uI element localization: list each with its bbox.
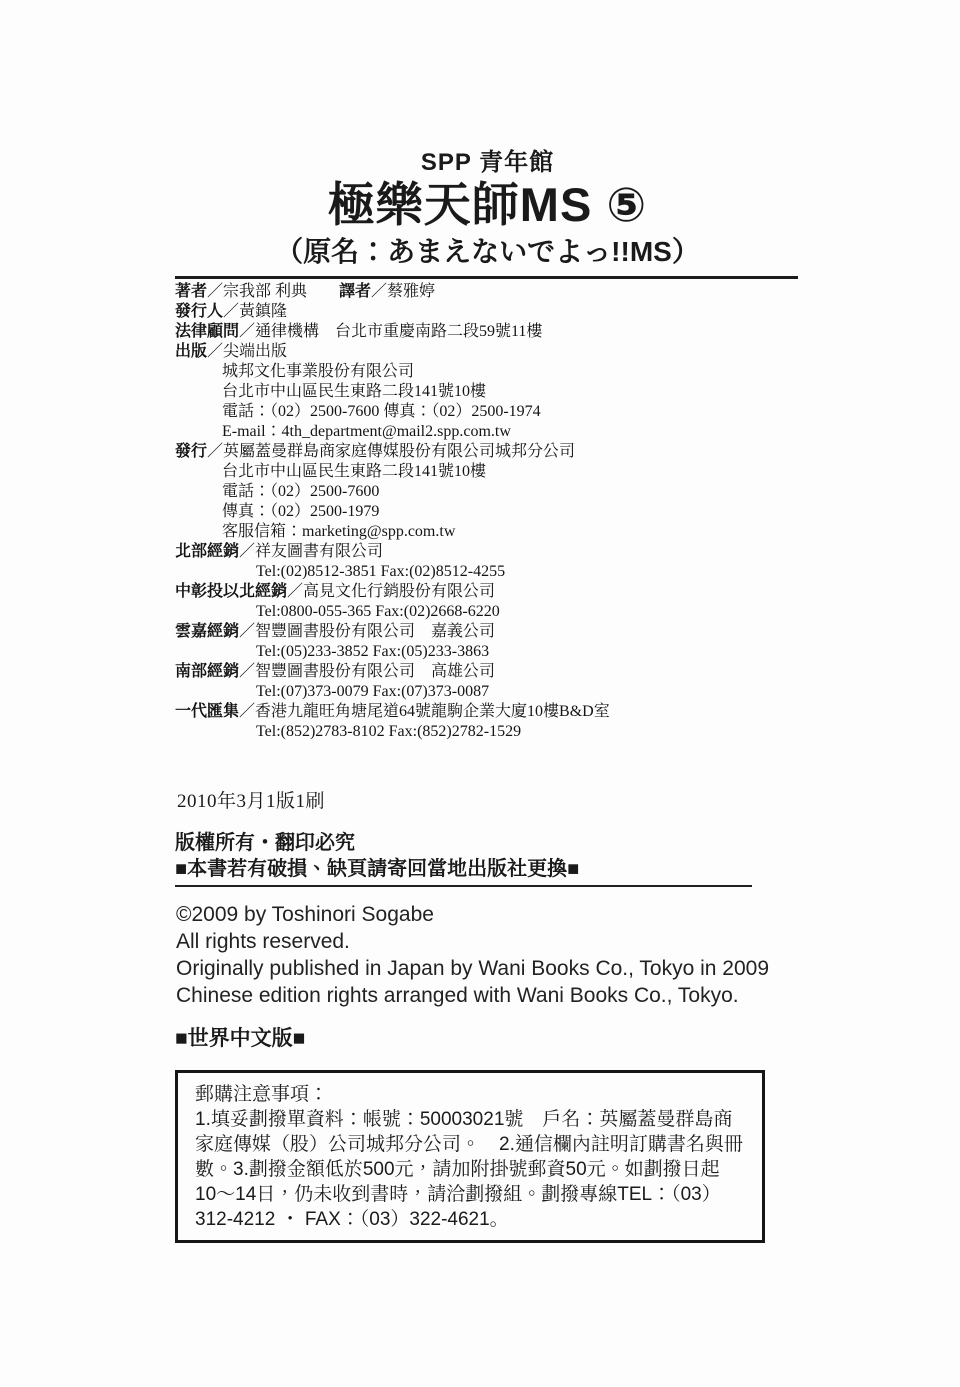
series-label: SPP 青年館 bbox=[175, 149, 800, 177]
colophon-label: 南部經銷 bbox=[175, 663, 239, 680]
english-copyright-line: All rights reserved. bbox=[176, 928, 769, 955]
colophon-value: Tel:0800-055-365 Fax:(02)2668-6220 bbox=[256, 603, 500, 620]
colophon-value: Tel:(05)233-3852 Fax:(05)233-3863 bbox=[256, 643, 489, 660]
rights-notice: 版權所有・翻印必究■本書若有破損、缺頁請寄回當地出版社更換■ bbox=[175, 830, 579, 882]
colophon-value: 電話：（02）2500-7600 bbox=[222, 483, 379, 500]
colophon-value: ／英屬蓋曼群島商家庭傳媒股份有限公司城邦分公司 bbox=[207, 443, 575, 460]
colophon-label: 發行 bbox=[175, 443, 207, 460]
colophon-value: 台北市中山區民生東路二段141號10樓 bbox=[222, 463, 486, 480]
publication-credits: 著者／宗我部 利典 譯者／蔡雅婷發行人／黃鎮隆法律顧問／通律機構 台北市重慶南路… bbox=[175, 282, 825, 742]
colophon-line: Tel:(852)2783-8102 Fax:(852)2782-1529 bbox=[175, 722, 825, 742]
colophon-value: Tel:(07)373-0079 Fax:(07)373-0087 bbox=[256, 683, 489, 700]
colophon-value: 城邦文化事業股份有限公司 bbox=[222, 363, 414, 380]
colophon-line: 法律顧問／通律機構 台北市重慶南路二段59號11樓 bbox=[175, 322, 825, 342]
colophon-value: ／尖端出版 bbox=[207, 343, 287, 360]
mail-order-line: 數。3.劃撥金額低於500元，請加附掛號郵資50元。如劃撥日起 bbox=[195, 1157, 746, 1182]
colophon-line: E-mail：4th_department@mail2.spp.com.tw bbox=[175, 422, 825, 442]
english-copyright-line: Originally published in Japan by Wani Bo… bbox=[176, 955, 769, 982]
colophon-value: ／宗我部 利典 bbox=[207, 283, 339, 300]
colophon-line: 北部經銷／祥友圖書有限公司 bbox=[175, 542, 825, 562]
colophon-value: ／高見文化行銷股份有限公司 bbox=[287, 583, 495, 600]
mail-order-line: 312-4212 ・ FAX：（03）322-4621。 bbox=[195, 1207, 746, 1232]
english-copyright-line: Chinese edition rights arranged with Wan… bbox=[176, 982, 769, 1009]
edition-printing-date: 2010年3月1版1刷 bbox=[177, 786, 325, 813]
colophon-line: 傳真：（02）2500-1979 bbox=[175, 502, 825, 522]
colophon-line: 台北市中山區民生東路二段141號10樓 bbox=[175, 462, 825, 482]
colophon-label: 出版 bbox=[175, 343, 207, 360]
colophon-line: 發行人／黃鎮隆 bbox=[175, 302, 825, 322]
colophon-value: ／祥友圖書有限公司 bbox=[239, 543, 383, 560]
rights-notice-line: 版權所有・翻印必究 bbox=[175, 830, 579, 856]
colophon-label: 雲嘉經銷 bbox=[175, 623, 239, 640]
colophon-value: ／蔡雅婷 bbox=[371, 283, 435, 300]
divider-top bbox=[175, 276, 798, 279]
colophon-value: 台北市中山區民生東路二段141號10樓 bbox=[222, 383, 486, 400]
colophon-line: 台北市中山區民生東路二段141號10樓 bbox=[175, 382, 825, 402]
mail-order-line: 1.填妥劃撥單資料：帳號：50003021號 戶名：英屬蓋曼群島商 bbox=[195, 1107, 746, 1132]
colophon-label: 北部經銷 bbox=[175, 543, 239, 560]
colophon-value: ／智豐圖書股份有限公司 嘉義公司 bbox=[239, 623, 495, 640]
english-copyright-block: ©2009 by Toshinori SogabeAll rights rese… bbox=[176, 901, 769, 1009]
divider-bottom bbox=[175, 885, 752, 887]
colophon-page: SPP 青年館 極樂天師MS ⑤ （原名：あまえないでよっ!!MS） 著者／宗我… bbox=[0, 0, 960, 1387]
colophon-value: ／智豐圖書股份有限公司 高雄公司 bbox=[239, 663, 495, 680]
colophon-line: 雲嘉經銷／智豐圖書股份有限公司 嘉義公司 bbox=[175, 622, 825, 642]
colophon-value: Tel:(852)2783-8102 Fax:(852)2782-1529 bbox=[256, 723, 521, 740]
colophon-label: 著者 bbox=[175, 283, 207, 300]
title-block: SPP 青年館 極樂天師MS ⑤ （原名：あまえないでよっ!!MS） bbox=[175, 149, 800, 269]
colophon-label: 譯者 bbox=[339, 283, 371, 300]
colophon-label: 法律顧問 bbox=[175, 323, 239, 340]
colophon-line: Tel:(05)233-3852 Fax:(05)233-3863 bbox=[175, 642, 825, 662]
colophon-line: 發行／英屬蓋曼群島商家庭傳媒股份有限公司城邦分公司 bbox=[175, 442, 825, 462]
colophon-line: 電話：（02）2500-7600 傳真：（02）2500-1974 bbox=[175, 402, 825, 422]
colophon-line: 南部經銷／智豐圖書股份有限公司 高雄公司 bbox=[175, 662, 825, 682]
colophon-value: E-mail：4th_department@mail2.spp.com.tw bbox=[222, 423, 511, 440]
book-title: 極樂天師MS ⑤ bbox=[175, 178, 800, 232]
colophon-line: 客服信箱：marketing@spp.com.tw bbox=[175, 522, 825, 542]
rights-notice-line: ■本書若有破損、缺頁請寄回當地出版社更換■ bbox=[175, 856, 579, 882]
colophon-line: 城邦文化事業股份有限公司 bbox=[175, 362, 825, 382]
colophon-label: 一代匯集 bbox=[175, 703, 239, 720]
colophon-value: 電話：（02）2500-7600 傳真：（02）2500-1974 bbox=[222, 403, 541, 420]
colophon-value: ／香港九龍旺角塘尾道64號龍駒企業大廈10樓B&D室 bbox=[239, 703, 610, 720]
colophon-line: 一代匯集／香港九龍旺角塘尾道64號龍駒企業大廈10樓B&D室 bbox=[175, 702, 825, 722]
english-copyright-line: ©2009 by Toshinori Sogabe bbox=[176, 901, 769, 928]
colophon-value: 傳真：（02）2500-1979 bbox=[222, 503, 379, 520]
colophon-value: 客服信箱：marketing@spp.com.tw bbox=[222, 523, 455, 540]
colophon-line: 著者／宗我部 利典 譯者／蔡雅婷 bbox=[175, 282, 825, 302]
colophon-line: Tel:(07)373-0079 Fax:(07)373-0087 bbox=[175, 682, 825, 702]
mail-order-line: 郵購注意事項： bbox=[195, 1082, 746, 1107]
colophon-line: 出版／尖端出版 bbox=[175, 342, 825, 362]
colophon-line: Tel:0800-055-365 Fax:(02)2668-6220 bbox=[175, 602, 825, 622]
colophon-line: 電話：（02）2500-7600 bbox=[175, 482, 825, 502]
mail-order-notice-box: 郵購注意事項：1.填妥劃撥單資料：帳號：50003021號 戶名：英屬蓋曼群島商… bbox=[175, 1070, 765, 1243]
colophon-label: 發行人 bbox=[175, 303, 223, 320]
chinese-edition-mark: ■世界中文版■ bbox=[175, 1027, 305, 1051]
colophon-line: 中彰投以北經銷／高見文化行銷股份有限公司 bbox=[175, 582, 825, 602]
colophon-line: Tel:(02)8512-3851 Fax:(02)8512-4255 bbox=[175, 562, 825, 582]
colophon-value: ／黃鎮隆 bbox=[223, 303, 287, 320]
mail-order-line: 10～14日，仍未收到書時，請洽劃撥組。劃撥專線TEL：（03） bbox=[195, 1182, 746, 1207]
mail-order-line: 家庭傳媒（股）公司城邦分公司。 2.通信欄內註明訂購書名與冊 bbox=[195, 1132, 746, 1157]
colophon-value: ／通律機構 台北市重慶南路二段59號11樓 bbox=[239, 323, 542, 340]
colophon-value: Tel:(02)8512-3851 Fax:(02)8512-4255 bbox=[256, 563, 505, 580]
original-title: （原名：あまえないでよっ!!MS） bbox=[175, 235, 800, 269]
colophon-label: 中彰投以北經銷 bbox=[175, 583, 287, 600]
